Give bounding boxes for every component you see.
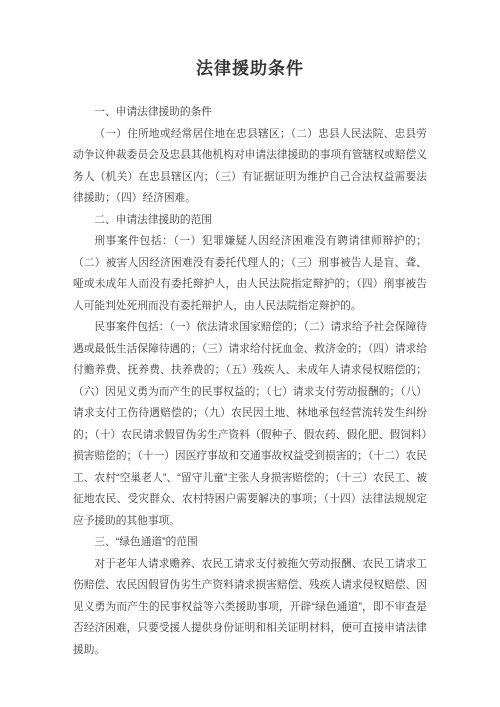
document-title: 法律援助条件 (73, 56, 427, 82)
paragraph-3: 二、申请法律援助的范围 (73, 210, 427, 232)
paragraph-6: 三、“绿色通道”的范围 (73, 532, 427, 554)
document-page: 法律援助条件 一、申请法律援助的条件（一）住所地或经常居住地在忠县辖区；（二）忠… (0, 0, 500, 707)
paragraph-7: 对于老年人请求赡养、农民工请求支付被拖欠劳动报酬、农民工请求工伤赔偿、农民因假冒… (73, 554, 427, 662)
paragraph-2: （一）住所地或经常居住地在忠县辖区；（二）忠县人民法院、忠县劳动争议仲裁委员会及… (73, 124, 427, 210)
paragraph-5: 民事案件包括：（一）依法请求国家赔偿的；（二）请求给予社会保障待遇或最低生活保障… (73, 317, 427, 532)
paragraph-4: 刑事案件包括：（一）犯罪嫌疑人因经济困难没有聘请律师辩护的；（二）被害人因经济困… (73, 231, 427, 317)
document-body: 一、申请法律援助的条件（一）住所地或经常居住地在忠县辖区；（二）忠县人民法院、忠… (73, 102, 427, 661)
paragraph-1: 一、申请法律援助的条件 (73, 102, 427, 124)
